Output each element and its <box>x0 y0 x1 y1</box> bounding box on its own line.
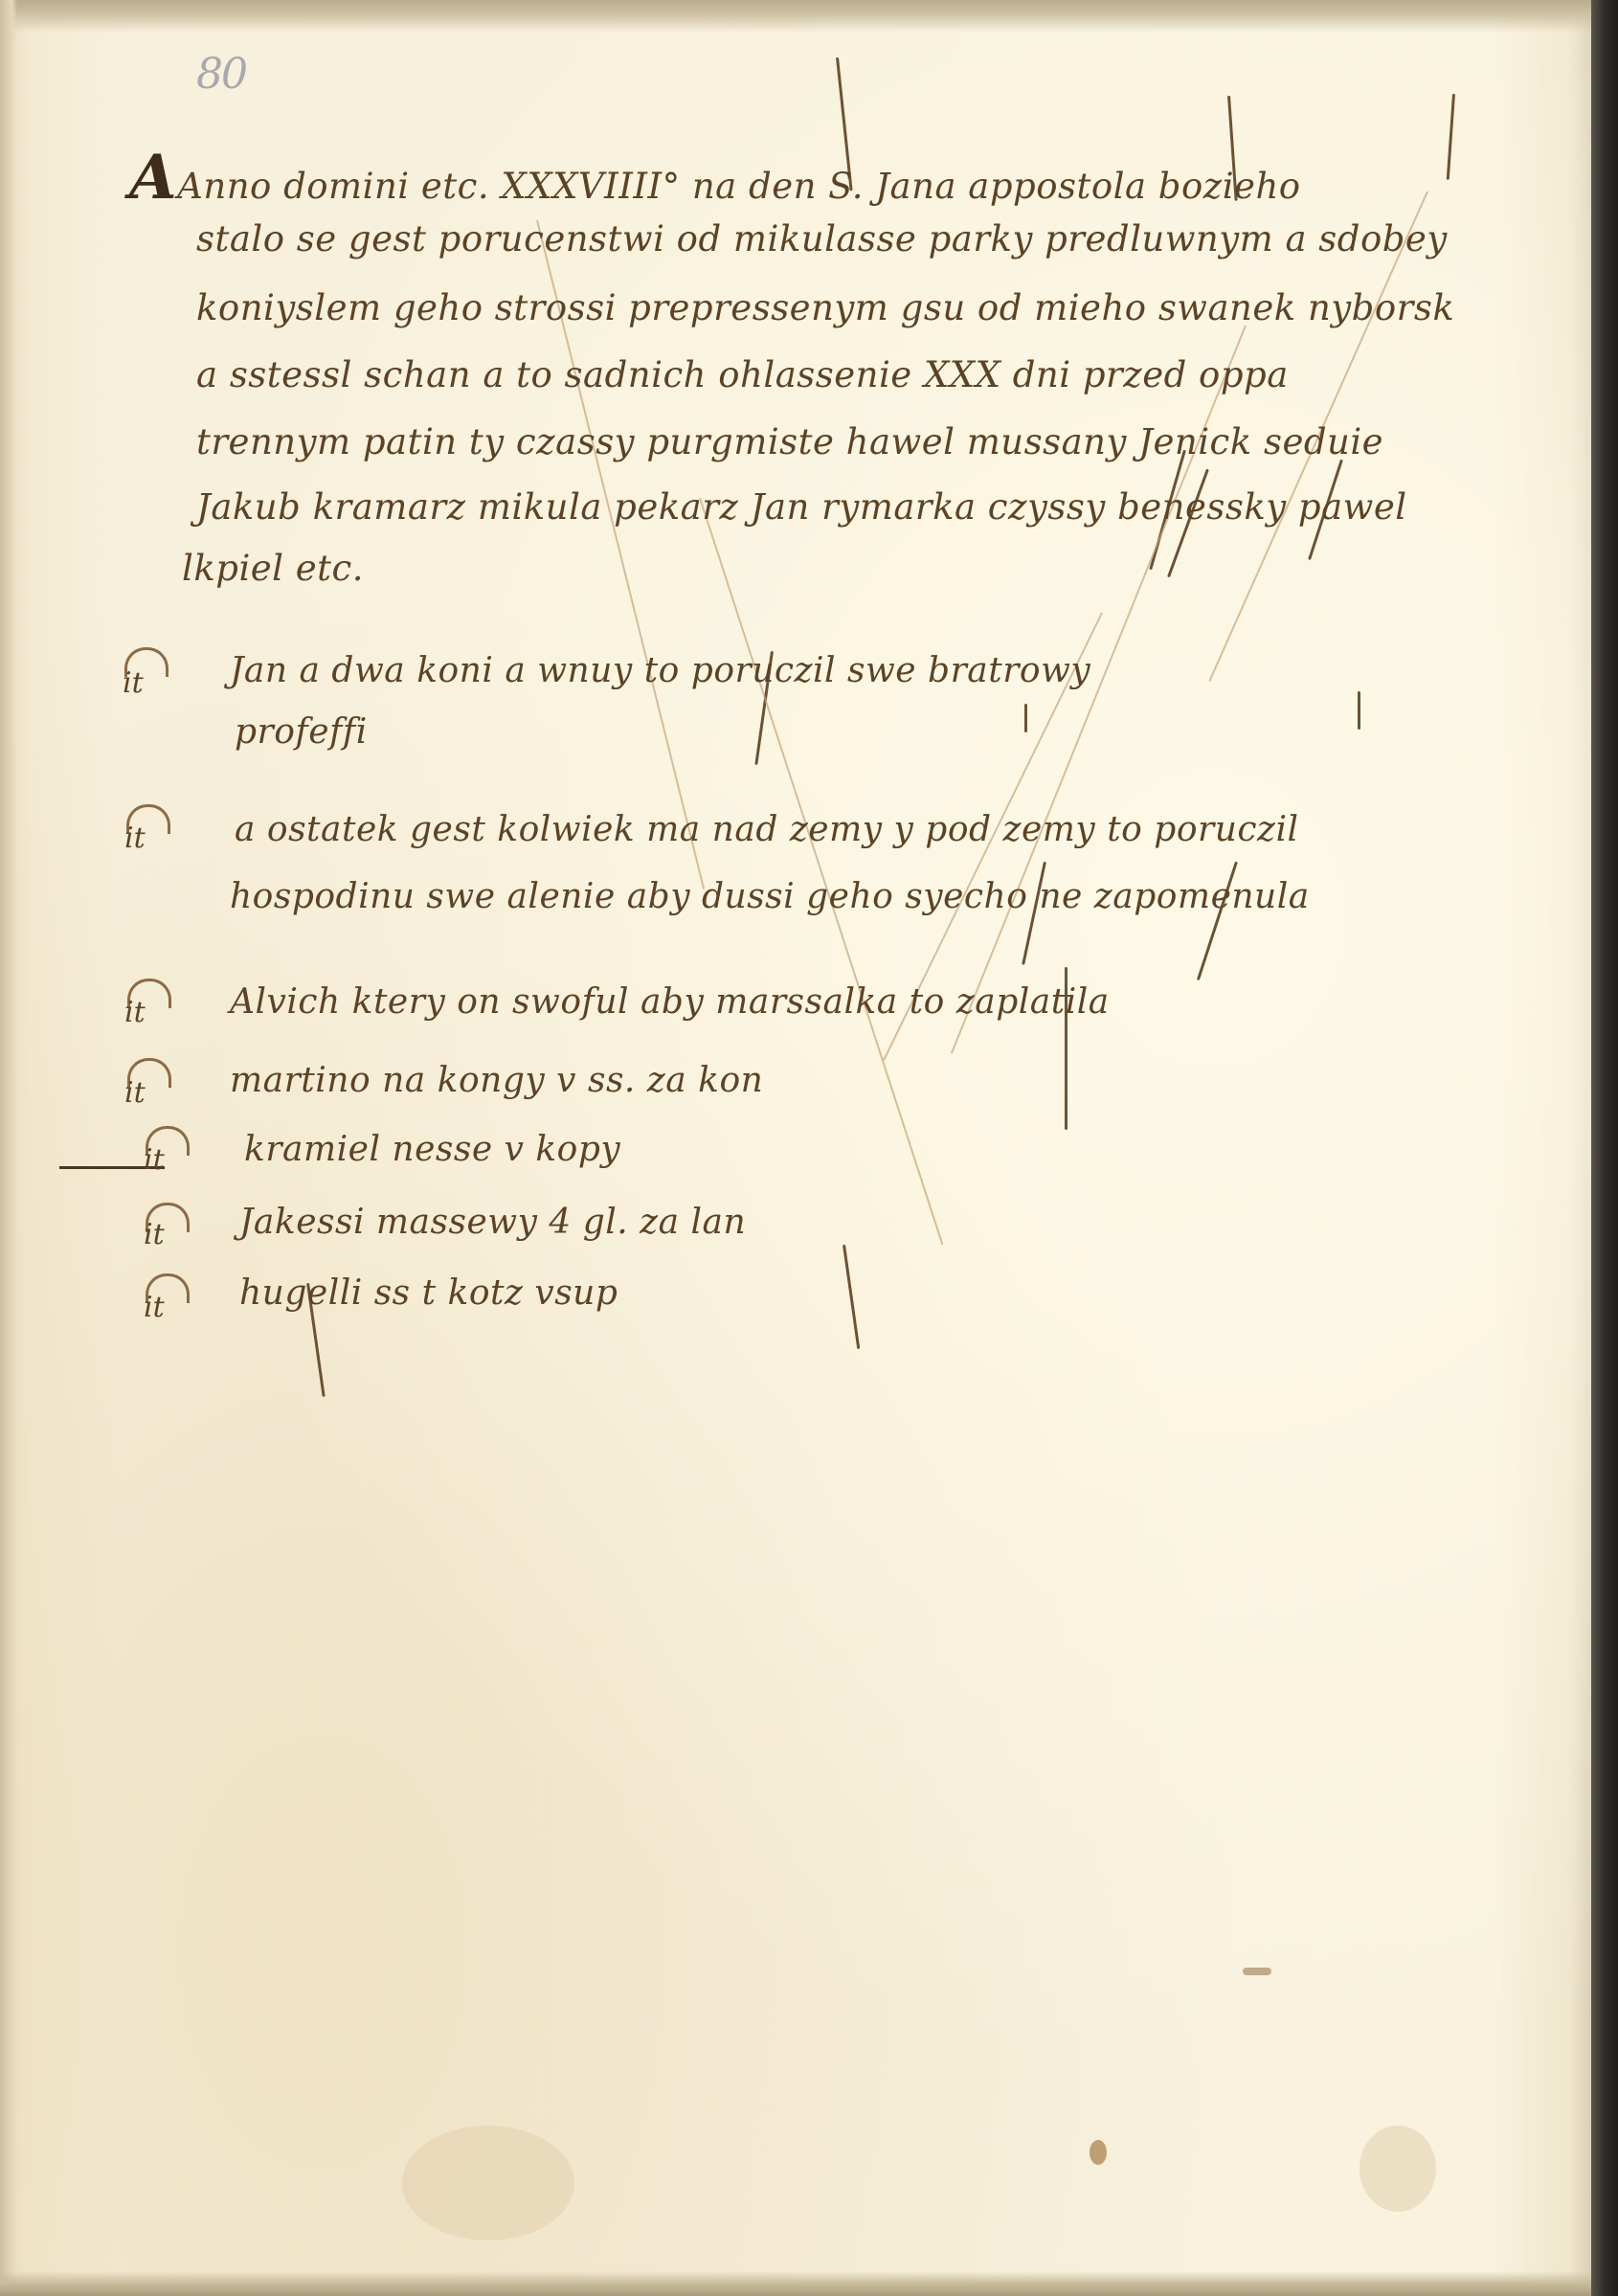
item-marker: it <box>144 1291 165 1324</box>
book-gutter <box>1591 0 1618 2296</box>
header-line-7: lkpiel etc. <box>182 548 364 589</box>
item-2-line-2: hospodinu swe alenie aby dussi geho syec… <box>230 877 1310 916</box>
ink-dot <box>1243 1968 1271 1975</box>
item-7-line-1: hugelli ss t kotz vsup <box>239 1273 618 1313</box>
manuscript-page: 80 AAnno domini etc. XXXVIIII° na den S.… <box>0 0 1618 2296</box>
header-line-1-text: Anno domini etc. XXXVIIII° na den S. Jan… <box>177 166 1300 207</box>
item-2-line-1: a ostatek gest kolwiek ma nad zemy y pod… <box>235 810 1299 849</box>
header-line-2: stalo se gest porucenstwi od mikulasse p… <box>196 218 1448 259</box>
foxing-stain <box>402 2126 574 2240</box>
header-line-5: trennym patin ty czassy purgmiste hawel … <box>196 421 1383 462</box>
item-marker: it <box>144 1143 165 1177</box>
faint-pen-stroke <box>699 498 943 1245</box>
pen-stroke <box>1358 691 1360 730</box>
item-marker: it <box>124 1076 146 1110</box>
header-line-6: Jakub kramarz mikula pekarz Jan rymarka … <box>196 486 1407 528</box>
page-bottom-edge <box>0 2271 1618 2296</box>
decorated-initial: A <box>129 142 177 214</box>
item-4-line-1: martino na kongy v ss. za kon <box>230 1061 763 1100</box>
header-line-4: a sstessl schan a to sadnich ohlassenie … <box>196 354 1289 395</box>
header-line-3: koniyslem geho strossi prepressenym gsu … <box>196 287 1454 328</box>
item-1-line-2: profeffi <box>235 712 368 752</box>
item-marker: it <box>124 822 146 855</box>
pen-stroke <box>1447 94 1455 180</box>
item-5-line-1: kramiel nesse v kopy <box>244 1130 620 1169</box>
pen-stroke <box>843 1245 860 1349</box>
header-line-1: AAnno domini etc. XXXVIIII° na den S. Ja… <box>129 142 1301 214</box>
item-1-line-1: Jan a dwa koni a wnuy to poruczil swe br… <box>230 651 1090 690</box>
item-3-line-1: Alvich ktery on swoful aby marssalka to … <box>230 982 1110 1022</box>
item-marker: it <box>144 1218 165 1251</box>
item-marker: it <box>123 666 144 700</box>
torn-top-edge <box>0 0 1618 33</box>
item-marker: it <box>124 996 146 1029</box>
ink-stain <box>1090 2140 1107 2165</box>
page-left-edge <box>0 0 17 2296</box>
pen-stroke <box>1024 704 1027 732</box>
foxing-stain <box>1360 2126 1436 2212</box>
folio-number: 80 <box>196 50 246 99</box>
item-6-line-1: Jakessi massewy 4 gl. za lan <box>239 1203 746 1242</box>
